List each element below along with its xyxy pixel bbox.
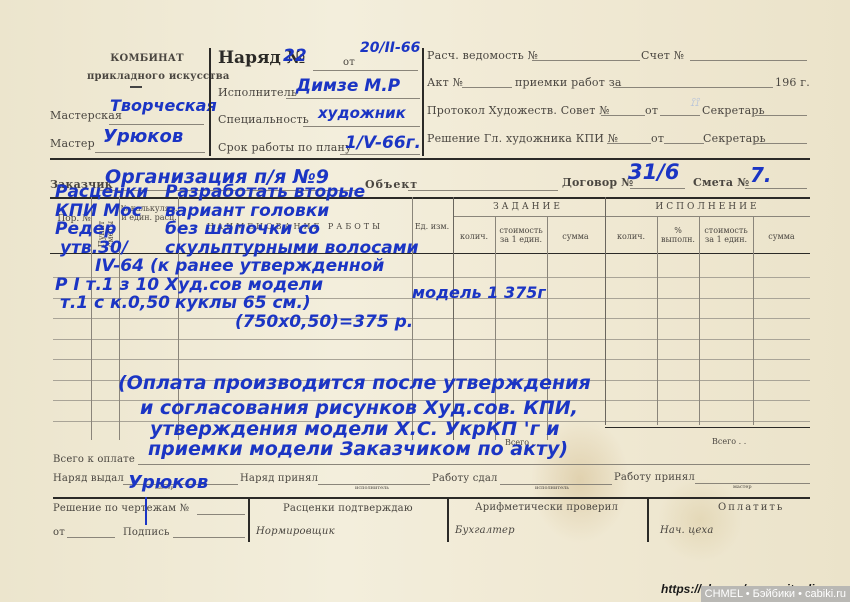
decision-from: от	[651, 132, 664, 145]
handwritten-line: (к ранее утвержденной	[150, 256, 384, 276]
pay-label: Оплатить	[718, 502, 784, 513]
deadline-label: Срок работы по плану	[218, 141, 352, 154]
payment-note-line: утверждения модели Х.С. УкрКП 'г и	[150, 418, 559, 440]
deadline-underline	[340, 154, 420, 155]
col-header-exec-sum: сумма	[753, 232, 810, 241]
specialty-underline	[303, 126, 420, 127]
acceptance-underline	[613, 87, 773, 88]
handwritten-line: Худ.сов модели	[165, 275, 323, 295]
execution-total-rule	[605, 427, 810, 428]
col-header-exec-percent: % выполн.	[657, 226, 699, 244]
work-accepted-label: Работу принял	[614, 472, 695, 483]
issued-label: Наряд выдал	[53, 473, 124, 484]
table-top-rule	[50, 197, 810, 199]
from-underline	[67, 537, 115, 538]
row-rule	[53, 318, 810, 319]
handed-sub: исполнитель	[535, 485, 569, 491]
org-name: КОМБИНАТ прикладного искусства	[87, 50, 207, 86]
column-rule	[753, 216, 754, 425]
work-accepted-underline	[695, 483, 810, 484]
table-header-bottom	[50, 253, 810, 254]
protocol-from: от	[645, 104, 658, 117]
estimate-label: Смета №	[693, 176, 749, 189]
specialty-value: художник	[318, 104, 406, 122]
rates-role: Нормировщик	[256, 526, 335, 537]
header-divider-1	[209, 48, 211, 156]
drawings-underline	[197, 514, 245, 515]
faded-stamp-marks: ⟟⟟	[690, 95, 735, 155]
protocol-label: Протокол Художеств. Совет №	[427, 104, 610, 117]
watermark-credit: CHMEL • Бэйбики • cabiki.ru	[701, 586, 850, 602]
row-rule	[53, 339, 810, 340]
order-date-label: от	[343, 57, 355, 68]
workshop-value: Творческая	[110, 96, 217, 115]
col-header-unit: Ед. изм.	[412, 222, 452, 231]
year-label: 196 г.	[775, 76, 810, 89]
accepted-sub: исполнитель	[355, 485, 389, 491]
work-accepted-sub: мастер	[733, 484, 752, 490]
master-underline	[95, 152, 205, 153]
estimate-underline	[745, 188, 807, 189]
contract-value: 31/6	[628, 160, 680, 184]
column-rule	[119, 197, 120, 440]
footer-top-rule	[53, 497, 810, 499]
signature-underline	[173, 537, 245, 538]
order-date-underline	[313, 70, 418, 71]
issued-value: Урюков	[128, 472, 208, 493]
column-rule	[657, 216, 658, 425]
org-divider	[130, 86, 142, 88]
signature-label: Подпись	[123, 527, 170, 538]
contract-underline	[630, 188, 685, 189]
group-header-execution: ИСПОЛНЕНИЕ	[605, 203, 810, 212]
accepted-label: Наряд принял	[240, 473, 318, 484]
object-underline	[408, 190, 558, 191]
footer-divider-2	[447, 499, 449, 542]
col-header-task-unit-cost: стоимость за 1 един.	[495, 226, 547, 244]
col-header-exec-qty: колич.	[605, 232, 657, 241]
handwritten-line: вариант головки	[165, 201, 329, 221]
total-pay-label: Всего к оплате	[53, 454, 135, 465]
decision-underline	[607, 143, 651, 144]
handwritten-left: утв.30/	[60, 238, 128, 258]
group-divider	[453, 216, 810, 217]
handwritten-model-price: модель 1 375г	[412, 283, 546, 302]
rates-label: Расценки подтверждаю	[283, 503, 413, 514]
specialty-label: Специальность	[218, 113, 309, 126]
execution-total-label: Всего . .	[712, 437, 746, 446]
handwritten-left: т.1 с к.0,50	[60, 293, 170, 313]
payment-note-line: (Оплата производится после утверждения	[118, 372, 591, 394]
handwritten-line: куклы 65 см.)	[175, 293, 311, 313]
task-total-label: Всего . .	[505, 438, 539, 447]
handwritten-line: без шапочки со	[165, 219, 320, 239]
col-header-exec-unit-cost: стоимость за 1 един.	[699, 226, 753, 244]
contract-label: Договор №	[562, 176, 633, 189]
handwritten-line: скульптурными волосами	[165, 238, 419, 258]
invoice-underline	[690, 60, 807, 61]
protocol-underline	[601, 115, 645, 116]
payroll-underline	[532, 60, 640, 61]
row-rule	[53, 359, 810, 360]
executor-value: Димзе М.Р	[296, 76, 400, 96]
order-date-value: 20/II-66	[360, 40, 420, 56]
secretary-underline-2	[755, 143, 807, 144]
handwritten-left: КПИ Мос	[55, 201, 142, 221]
header-bottom-rule	[50, 158, 810, 160]
executor-underline	[286, 98, 420, 99]
decision-label: Решение Гл. художника КПИ №	[427, 132, 618, 145]
col-header-task-qty: колич.	[453, 232, 495, 241]
act-label: Акт №	[427, 76, 463, 89]
payroll-label: Расч. ведомость №	[427, 49, 538, 62]
handwritten-left: Редер	[55, 219, 116, 239]
payment-note-line: и согласования рисунков Худ.сов. КПИ,	[140, 397, 578, 419]
handwritten-line: (750х0,50)=375 р.	[235, 312, 413, 332]
footer-divider-1	[248, 499, 250, 542]
estimate-value: 7.	[750, 163, 772, 187]
pay-role: Нач. цеха	[660, 525, 714, 536]
group-header-task: ЗАДАНИЕ	[453, 203, 603, 212]
handwritten-left: P I т.1 з 10	[55, 275, 159, 295]
column-rule	[699, 216, 700, 425]
drawings-label: Решение по чертежам №	[53, 503, 189, 514]
acceptance-label: приемки работ за	[515, 76, 622, 89]
header-divider-2	[422, 48, 424, 156]
from-label: от	[53, 527, 65, 538]
master-value: Урюков	[103, 126, 183, 147]
workshop-underline	[109, 124, 204, 125]
arith-label: Арифметически проверил	[475, 502, 618, 513]
act-underline	[462, 87, 512, 88]
handed-label: Работу сдал	[432, 473, 498, 484]
invoice-label: Счет №	[641, 49, 684, 62]
pen-stroke	[145, 497, 147, 525]
footer-divider-3	[647, 499, 649, 542]
total-pay-underline	[138, 464, 810, 465]
secretary-underline-1	[755, 115, 807, 116]
col-header-task-sum: сумма	[547, 232, 604, 241]
handwritten-left: IV-64	[95, 256, 144, 276]
handwritten-line: Разработать вторые	[165, 182, 365, 202]
deadline-value: 1/V-66г.	[345, 133, 421, 153]
order-form-paper: КОМБИНАТ прикладного искусства Мастерска…	[0, 0, 850, 602]
master-label: Мастер	[50, 137, 95, 150]
arith-role: Бухгалтер	[455, 525, 515, 536]
handwritten-left: Расценки	[55, 182, 148, 202]
order-number: 22	[283, 46, 307, 66]
